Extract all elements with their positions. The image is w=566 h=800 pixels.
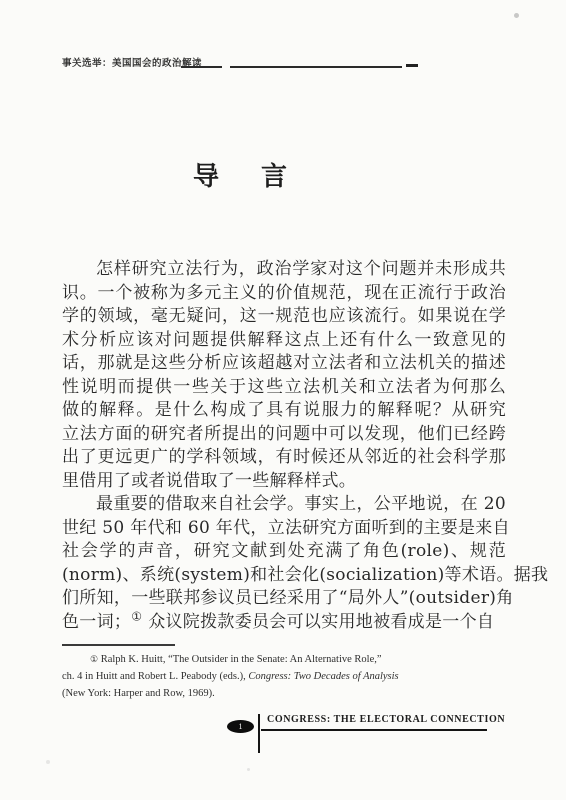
footnote: ① Ralph K. Huitt, “The Outsider in the S… <box>62 651 476 702</box>
running-head-rule-end-dash <box>406 64 418 67</box>
footer-vertical-rule <box>258 714 260 753</box>
scan-speck <box>514 13 519 18</box>
footnote-text: Ralph K. Huitt, “The Outsider in the Sen… <box>98 654 381 665</box>
body-line: 世纪 50 年代和 60 年代，立法研究方面听到的主要是来自 <box>62 517 506 541</box>
footnote-marker: ① <box>90 654 98 664</box>
scanned-book-page: 事关选举：美国国会的政治解读 导 言 怎样研究立法行为，政治学家对这个问题并未形… <box>0 0 566 800</box>
body-line: 立法方面的研究者所提出的问题中可以发现，他们已经跨 <box>62 423 506 447</box>
footnote-line: ch. 4 in Huitt and Robert L. Peabody (ed… <box>62 668 476 685</box>
body-line-text: 众议院拨款委员会可以实用地被看成是一个自 <box>142 612 494 632</box>
body-line: 们所知，一些联邦参议员已经采用了“局外人”(outsider)角 <box>62 587 506 611</box>
body-line-text: 色一词； <box>62 612 131 632</box>
footer-underline-rule <box>261 729 487 731</box>
body-line: 色一词；① 众议院拨款委员会可以实用地被看成是一个自 <box>62 611 506 635</box>
body-line: 最重要的借取来自社会学。事实上，公平地说，在 20 <box>62 493 506 517</box>
footnote-line: ① Ralph K. Huitt, “The Outsider in the S… <box>62 651 476 668</box>
body-line: (norm)、系统(system)和社会化(socialization)等术语。… <box>62 564 506 588</box>
body-line: 做的解释。是什么构成了具有说服力的解释呢？从研究 <box>62 399 506 423</box>
footnote-book-title: Congress: Two Decades of Analysis <box>248 671 398 682</box>
body-line: 识。一个被称为多元主义的价值规范，现在正流行于政治 <box>62 282 506 306</box>
page-number: 1 <box>239 720 243 733</box>
body-line: 里借用了或者说借取了一些解释样式。 <box>62 470 506 494</box>
footer-book-title: CONGRESS: THE ELECTORAL CONNECTION <box>267 714 487 728</box>
chapter-title: 导 言 <box>193 156 295 193</box>
running-head-rule <box>230 66 402 68</box>
body-line: 话，那就是这些分析应该超越对立法者和立法机关的描述 <box>62 352 506 376</box>
body-line: 出了更远更广的学科领域，有时候还从邻近的社会科学那 <box>62 446 506 470</box>
footnote-separator-rule <box>62 644 175 646</box>
body-line: 学的领域，毫无疑问，这一规范也应该流行。如果说在学 <box>62 305 506 329</box>
footnote-text: ch. 4 in Huitt and Robert L. Peabody (ed… <box>62 671 248 682</box>
running-head-title: 事关选举：美国国会的政治解读 <box>62 55 202 71</box>
footnote-reference-marker: ① <box>131 609 142 623</box>
scan-speck <box>46 760 50 764</box>
body-line: 性说明而提供一些关于这些立法机关和立法者为何那么 <box>62 376 506 400</box>
body-line: 社会学的声音，研究文献到处充满了角色(role)、规范 <box>62 540 506 564</box>
body-line: 怎样研究立法行为，政治学家对这个问题并未形成共 <box>62 258 506 282</box>
scan-speck <box>247 768 250 771</box>
body-text: 怎样研究立法行为，政治学家对这个问题并未形成共 识。一个被称为多元主义的价值规范… <box>62 258 506 634</box>
running-head-rule <box>181 66 222 68</box>
body-line: 术分析应该对问题提供解释这点上还有什么一致意见的 <box>62 329 506 353</box>
footnote-line: (New York: Harper and Row, 1969). <box>62 685 476 702</box>
page-number-badge: 1 <box>227 720 254 733</box>
